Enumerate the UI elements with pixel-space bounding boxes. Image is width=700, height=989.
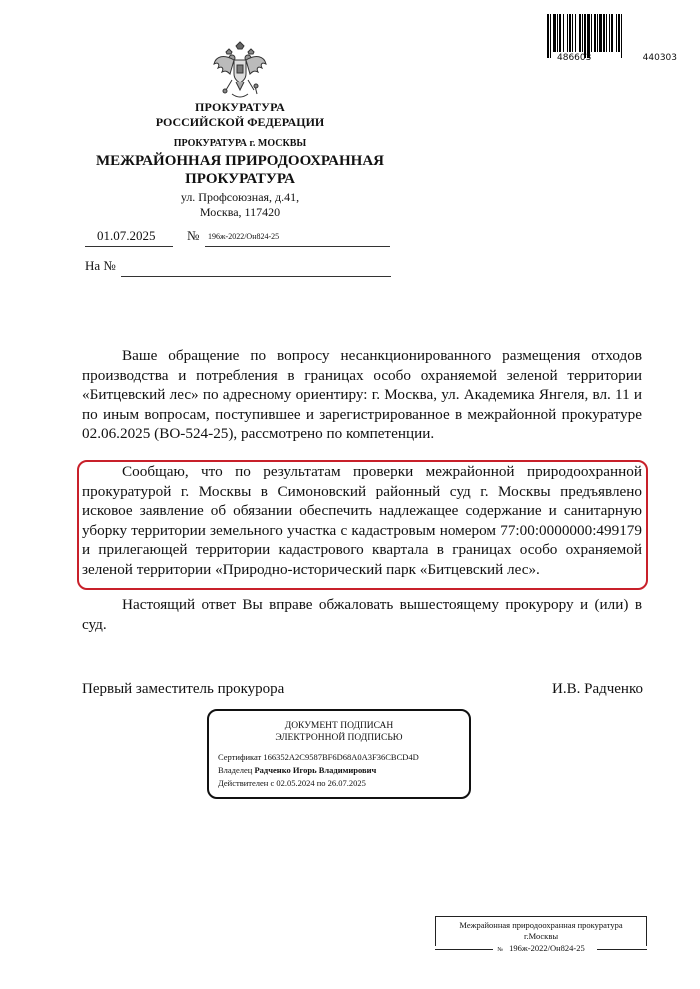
registration-number-sign: №	[495, 947, 505, 953]
barcode: 486603 440303	[547, 14, 687, 64]
stamp-title-line1: ДОКУМЕНТ ПОДПИСАН	[209, 720, 469, 732]
address-line1: ул. Профсоюзная, д.41,	[90, 190, 390, 205]
valid-from: 02.05.2024	[276, 778, 314, 788]
owner-value: Радченко Игорь Владимирович	[254, 765, 376, 775]
paragraph-1: Ваше обращение по вопросу несанкциониров…	[82, 346, 642, 444]
paragraph-1-text: Ваше обращение по вопросу несанкциониров…	[82, 346, 642, 444]
number-underline	[205, 246, 390, 247]
registration-number-row: № 196ж-2022/Он824-25	[435, 943, 647, 953]
registration-org-line1: Межрайонная природоохранная прокуратура	[436, 920, 646, 931]
stamp-title: ДОКУМЕНТ ПОДПИСАН ЭЛЕКТРОННОЙ ПОДПИСЬЮ	[209, 720, 469, 744]
valid-to-label: по	[317, 778, 326, 788]
org-name-line4: МЕЖРАЙОННАЯ ПРИРОДООХРАННАЯ ПРОКУРАТУРА	[90, 152, 390, 188]
signatory-role: Первый заместитель прокурора	[82, 681, 284, 698]
valid-from-label: с	[270, 778, 274, 788]
valid-to: 26.07.2025	[328, 778, 366, 788]
registration-number: 196ж-2022/Он824-25	[507, 943, 587, 953]
paragraph-3: Настоящий ответ Вы вправе обжаловать выш…	[82, 595, 642, 634]
document-reference: 01.07.2025 № 196ж-2022/Он824-25 На №	[85, 228, 395, 286]
e-signature-stamp: ДОКУМЕНТ ПОДПИСАН ЭЛЕКТРОННОЙ ПОДПИСЬЮ С…	[207, 709, 471, 799]
signatory-name: И.В. Радченко	[552, 681, 643, 698]
registration-stamp: Межрайонная природоохранная прокуратура …	[435, 916, 647, 946]
barcode-left-number: 486603	[557, 53, 591, 63]
address-line2: Москва, 117420	[90, 205, 390, 220]
org-address: ул. Профсоюзная, д.41, Москва, 117420	[90, 190, 390, 220]
certificate-label: Сертификат	[218, 752, 261, 762]
document-date: 01.07.2025	[97, 228, 156, 244]
document-number: 196ж-2022/Он824-25	[208, 232, 279, 241]
paragraph-2: Сообщаю, что по результатам проверки меж…	[82, 462, 642, 579]
certificate-value: 166352A2C9587BF6D68A0A3F36CBCD4D	[263, 752, 418, 762]
stamp-owner-row: Владелец Радченко Игорь Владимирович	[218, 764, 469, 777]
org-name-line3: ПРОКУРАТУРА г. МОСКВЫ	[90, 138, 390, 149]
stamp-certificate-row: Сертификат 166352A2C9587BF6D68A0A3F36CBC…	[218, 751, 469, 764]
owner-label: Владелец	[218, 765, 252, 775]
number-sign: №	[187, 228, 199, 244]
coat-of-arms-icon	[212, 40, 268, 102]
letterhead: ПРОКУРАТУРА РОССИЙСКОЙ ФЕДЕРАЦИИ ПРОКУРА…	[90, 40, 390, 220]
barcode-right-number: 440303	[643, 53, 677, 63]
stamp-details: Сертификат 166352A2C9587BF6D68A0A3F36CBC…	[218, 751, 469, 790]
paragraph-2-text: Сообщаю, что по результатам проверки меж…	[82, 462, 642, 579]
in-reply-label: На №	[85, 258, 116, 274]
barcode-bars	[547, 14, 687, 52]
org-name-line2: РОССИЙСКОЙ ФЕДЕРАЦИИ	[90, 115, 390, 130]
barcode-numbers: 486603 440303	[547, 53, 687, 63]
org-name-line1: ПРОКУРАТУРА	[90, 100, 390, 115]
stamp-title-line2: ЭЛЕКТРОННОЙ ПОДПИСЬЮ	[209, 732, 469, 744]
date-underline	[85, 246, 173, 247]
in-reply-underline	[121, 276, 391, 277]
org-name-line4b: ПРОКУРАТУРА	[90, 170, 390, 188]
registration-org-line2: г.Москвы	[436, 931, 646, 942]
paragraph-3-text: Настоящий ответ Вы вправе обжаловать выш…	[82, 595, 642, 634]
valid-label: Действителен	[218, 778, 268, 788]
org-name-line4a: МЕЖРАЙОННАЯ ПРИРОДООХРАННАЯ	[90, 152, 390, 170]
stamp-validity-row: Действителен с 02.05.2024 по 26.07.2025	[218, 777, 469, 790]
